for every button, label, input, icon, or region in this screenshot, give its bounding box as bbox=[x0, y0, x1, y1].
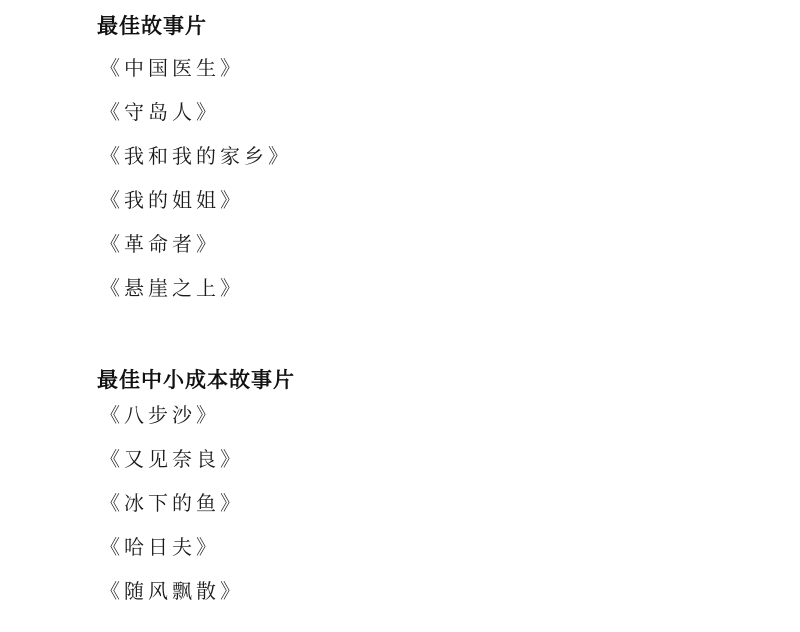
section-title: 最佳中小成本故事片 bbox=[97, 367, 295, 393]
list-item: 《我的姐姐》 bbox=[100, 178, 292, 222]
section-best-feature-film: 最佳故事片 《中国医生》 《守岛人》 《我和我的家乡》 《我的姐姐》 《革命者》… bbox=[97, 13, 292, 310]
list-item: 《随风飘散》 bbox=[100, 569, 295, 613]
list-item: 《八步沙》 bbox=[100, 393, 295, 437]
list-item: 《中国医生》 bbox=[100, 46, 292, 90]
list-item: 《又见奈良》 bbox=[100, 437, 295, 481]
list-item: 《冰下的鱼》 bbox=[100, 481, 295, 525]
section-best-low-budget-feature-film: 最佳中小成本故事片 《八步沙》 《又见奈良》 《冰下的鱼》 《哈日夫》 《随风飘… bbox=[97, 367, 295, 613]
film-list: 《中国医生》 《守岛人》 《我和我的家乡》 《我的姐姐》 《革命者》 《悬崖之上… bbox=[97, 46, 292, 310]
list-item: 《哈日夫》 bbox=[100, 525, 295, 569]
film-list: 《八步沙》 《又见奈良》 《冰下的鱼》 《哈日夫》 《随风飘散》 bbox=[97, 393, 295, 613]
list-item: 《守岛人》 bbox=[100, 90, 292, 134]
list-item: 《悬崖之上》 bbox=[100, 266, 292, 310]
list-item: 《革命者》 bbox=[100, 222, 292, 266]
section-title: 最佳故事片 bbox=[97, 13, 292, 39]
list-item: 《我和我的家乡》 bbox=[100, 134, 292, 178]
